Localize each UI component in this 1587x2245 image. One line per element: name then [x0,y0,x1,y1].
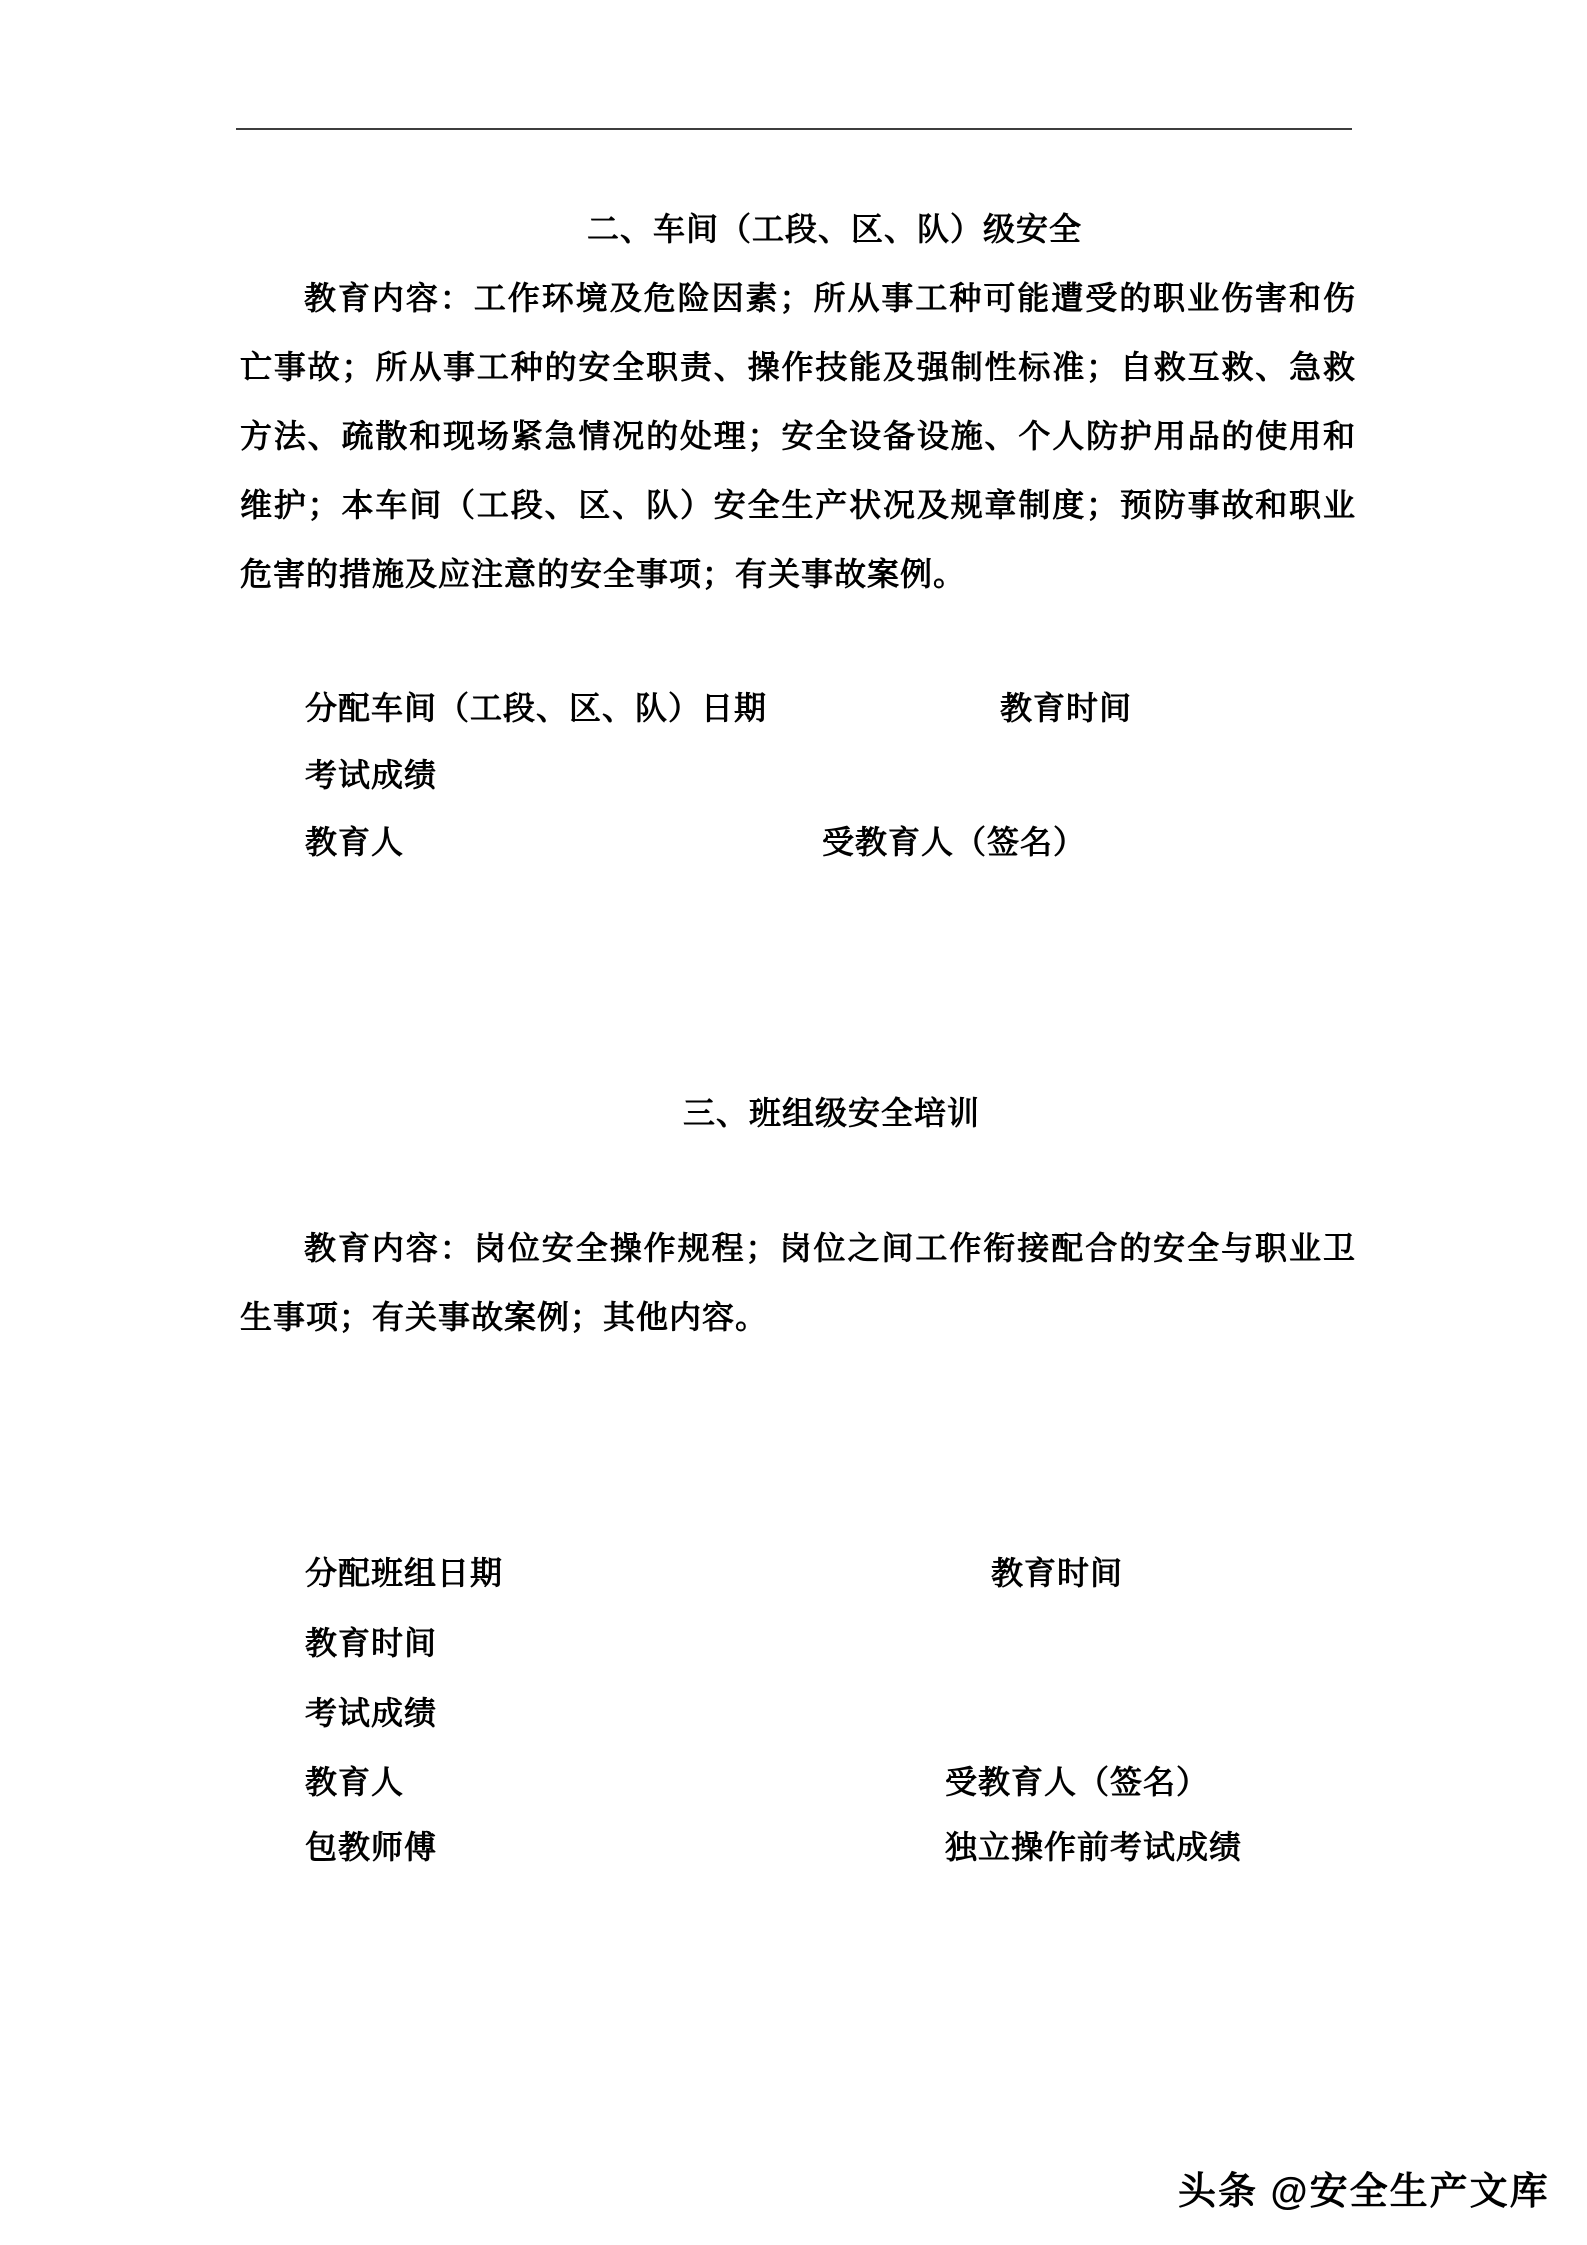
section-team-title: 三、班组级安全培训 [683,1091,980,1135]
team-mentor-label: 包教师傅 [305,1827,437,1867]
team-assign-date-label: 分配班组日期 [305,1553,503,1593]
top-horizontal-rule [236,128,1352,130]
workshop-educator-label: 教育人 [305,822,404,862]
team-educator-label: 教育人 [305,1762,404,1802]
workshop-exam-score-label: 考试成绩 [305,755,437,795]
team-pre-operation-exam-label: 独立操作前考试成绩 [945,1827,1242,1867]
section-workshop-paragraph: 教育内容：工作环境及危险因素；所从事工种可能遭受的职业伤害和伤亡事故；所从事工种… [240,264,1356,609]
workshop-education-time-label: 教育时间 [1000,688,1132,728]
workshop-trainee-signature-label: 受教育人（签名） [822,822,1086,862]
toutiao-watermark: 头条 @安全生产文库 [1178,2160,1550,2215]
team-exam-score-label: 考试成绩 [305,1693,437,1733]
team-education-time-right-label: 教育时间 [991,1553,1123,1593]
document-page: 二、车间（工段、区、队）级安全 教育内容：工作环境及危险因素；所从事工种可能遭受… [0,0,1587,2245]
workshop-assign-date-label: 分配车间（工段、区、队）日期 [305,688,767,728]
section-workshop-title: 二、车间（工段、区、队）级安全 [587,207,1082,251]
section-team-paragraph: 教育内容：岗位安全操作规程；岗位之间工作衔接配合的安全与职业卫生事项；有关事故案… [240,1214,1356,1352]
team-education-time-label: 教育时间 [305,1623,437,1663]
team-trainee-signature-label: 受教育人（签名） [945,1762,1209,1802]
